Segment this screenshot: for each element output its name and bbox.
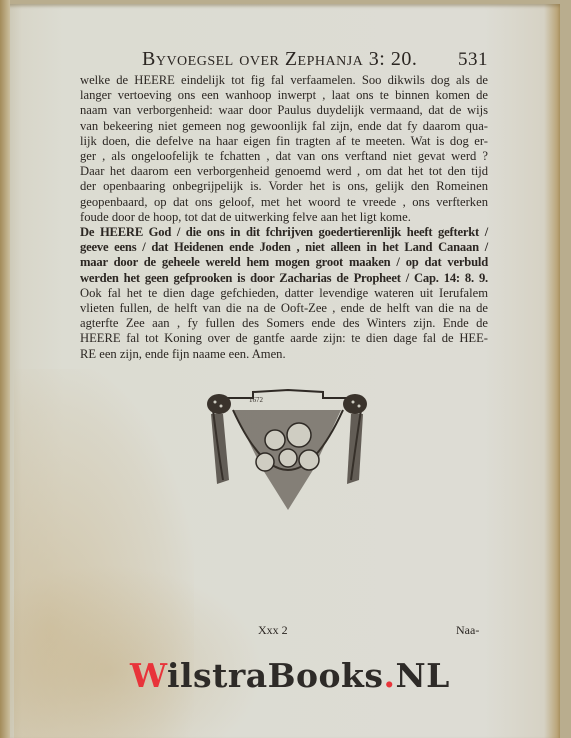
text-line: geopenbaard, op dat ons geloof, met het … bbox=[80, 195, 488, 210]
signature-mark: Xxx 2 bbox=[258, 623, 288, 638]
closing-paragraph: Ook fal het te dien dage gefchieden, dat… bbox=[80, 286, 488, 362]
text-line: Daar het daarom een verborgenheid genoem… bbox=[80, 164, 488, 179]
text-line: HEERE fal tot Koning over de gantfe aard… bbox=[80, 331, 488, 346]
text-line: agterfte Zee aan , fy fullen des Somers … bbox=[80, 316, 488, 331]
text-line: van bekeering niet gemeen nog gewoonlijk… bbox=[80, 119, 488, 134]
blackletter-line: werden het geen gefprooken is door Zacha… bbox=[80, 271, 488, 286]
blackletter-line: geeve eens / dat Heidenen ende Joden , n… bbox=[80, 240, 488, 255]
catchword: Naa- bbox=[456, 623, 479, 638]
text-line: langer vertoeving ons een wanhoop inwerp… bbox=[80, 88, 488, 103]
watermark-name: ilstraBooks bbox=[167, 656, 384, 695]
text-line: der openbaaring onbegrijpelijk is. Vorde… bbox=[80, 179, 488, 194]
blackletter-prayer: De HEERE God / die ons in dit fchrijven … bbox=[80, 225, 488, 286]
text-line: ger , als ongeloofelijk te fchatten , da… bbox=[80, 149, 488, 164]
text-line: RE een zijn, ende fijn naame een. Amen. bbox=[80, 347, 488, 362]
text-line: Ook fal het te dien dage gefchieden, dat… bbox=[80, 286, 488, 301]
watermark-initial: W bbox=[130, 656, 167, 695]
blackletter-line: maar door de geheele wereld hem mogen gr… bbox=[80, 255, 488, 270]
watermark-suffix: NL bbox=[396, 656, 450, 695]
watermark-logo: WilstraBooks.NL bbox=[130, 656, 450, 695]
text-line: welke de HEERE eindelijk tot fig fal ver… bbox=[80, 73, 488, 88]
text-line: foude door de hoop, tot dat de uitwerkin… bbox=[80, 210, 488, 225]
running-header: Byvoegsel over Zephanja 3: 20. 531 bbox=[142, 48, 488, 71]
body-paragraph: welke de HEERE eindelijk tot fig fal ver… bbox=[80, 73, 488, 225]
page-number: 531 bbox=[458, 49, 488, 71]
page-edge bbox=[0, 0, 10, 738]
running-title: Byvoegsel over Zephanja 3: 20. bbox=[142, 48, 417, 71]
blackletter-line: De HEERE God / die ons in dit fchrijven … bbox=[80, 225, 488, 240]
svg-text:1672: 1672 bbox=[249, 396, 264, 404]
text-line: lijk doen, die defelve na haar eigen fin… bbox=[80, 134, 488, 149]
ornament-vignette-icon: 1672 bbox=[193, 380, 380, 522]
water-stain-lower bbox=[4, 564, 264, 738]
watermark-dot: . bbox=[384, 656, 396, 695]
page-text: Byvoegsel over Zephanja 3: 20. 531 welke… bbox=[80, 48, 488, 362]
text-line: vlieten fullen, de helft van die na de O… bbox=[80, 301, 488, 316]
text-line: naam van verborgenheid: waar door Paulus… bbox=[80, 103, 488, 118]
